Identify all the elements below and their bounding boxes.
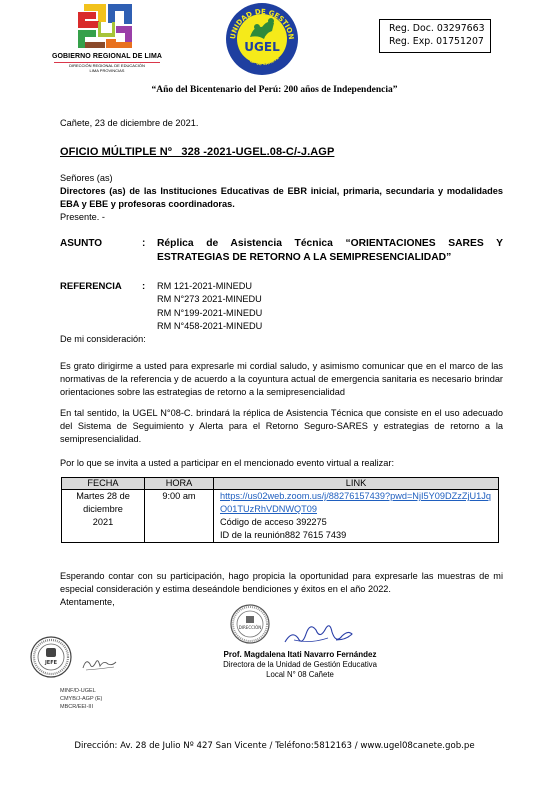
signer-office: Local N° 08 Cañete [180,670,420,680]
cell-link: https://us02web.zoom.us/j/88276157439?pw… [214,490,499,543]
date-line: Cañete, 23 de diciembre de 2021. [60,117,198,130]
referencia-item: RM 121-2021-MINEDU [157,280,262,293]
paragraph-details: En tal sentido, la UGEL N°08-C. brindará… [60,407,503,446]
direccion-stamp-icon: DIRECCIÓN [230,604,270,644]
registry-box: Reg. Doc. 03297663 Reg. Exp. 01751207 [379,19,491,53]
ugel-seal-icon: UNIDAD DE GESTION EDUCATIVA LOCAL Nº 08 … [224,1,300,75]
presente: Presente. - [60,211,105,224]
referencia-list: RM 121-2021-MINEDU RM N°273 2021-MINEDU … [157,280,262,333]
footer-address: Dirección: Av. 28 de Julio Nº 427 San Vi… [0,741,549,751]
event-table-header: FECHA HORA LINK [62,478,499,490]
header-link: LINK [214,478,499,490]
fecha-line: 2021 [66,516,140,529]
oficio-title: OFICIO MÚLTIPLE Nº 328 -2021-UGEL.08-C/-… [60,146,334,158]
fecha-line: Martes 28 de [66,490,140,503]
reg-doc: Reg. Doc. 03297663 [389,23,490,36]
svg-text:JEFE: JEFE [44,660,58,666]
access-code: Código de acceso 392275 [220,516,494,529]
signer-block: Prof. Magdalena Itati Navarro Fernández … [180,650,420,680]
fecha-line: diciembre [66,503,140,516]
signer-name: Prof. Magdalena Itati Navarro Fernández [180,650,420,660]
gore-mosaic-icon [76,2,136,52]
zoom-meeting-link[interactable]: https://us02web.zoom.us/j/88276157439?pw… [220,491,491,514]
closing-paragraph: Esperando contar con su participación, h… [60,570,503,596]
initials-block: MINF/D-UGEL CMYB/J-AGP (E) MBCR/EEI-III [60,687,102,711]
paragraph-intro: Es grato dirigirme a usted para expresar… [60,360,503,399]
asunto-colon: : [142,238,145,249]
paragraph-invitation: Por lo que se invita a usted a participa… [60,457,394,470]
gore-logo-subtitle: DIRECCIÓN REGIONAL DE EDUCACIÓN LIMA PRO… [48,64,166,73]
gore-logo-title: GOBIERNO REGIONAL DE LIMA [48,53,166,60]
header-fecha: FECHA [62,478,145,490]
salutation: De mi consideración: [60,333,146,346]
reg-exp: Reg. Exp. 01751207 [389,36,490,49]
referencia-item: RM N°273 2021-MINEDU [157,293,262,306]
initials-line: MBCR/EEI-III [60,703,102,711]
signature-scribble-icon [280,620,360,650]
asunto-label: ASUNTO [60,238,102,249]
cell-fecha: Martes 28 de diciembre 2021 [62,490,145,543]
referencia-label: REFERENCIA [60,281,122,292]
asunto-text: Réplica de Asistencia Técnica “ORIENTACI… [157,237,503,265]
initials-line: CMYB/J-AGP (E) [60,695,102,703]
gobierno-regional-lima-logo: GOBIERNO REGIONAL DE LIMA DIRECCIÓN REGI… [48,2,166,72]
svg-text:UGEL: UGEL [244,40,280,54]
referencia-item: RM N°458-2021-MINEDU [157,320,262,333]
oficio-title-text: OFICIO MÚLTIPLE Nº 328 -2021-UGEL.08-C/-… [60,146,334,158]
svg-text:DIRECCIÓN: DIRECCIÓN [239,625,261,630]
gore-subtitle-line2: LIMA PROVINCIAS [48,69,166,74]
referencia-item: RM N°199-2021-MINEDU [157,307,262,320]
ugel-logo: UNIDAD DE GESTION EDUCATIVA LOCAL Nº 08 … [224,1,300,75]
jefe-stamp-icon: JEFE [30,636,72,678]
meeting-id: ID de la reunión882 7615 7439 [220,529,494,542]
referencia-colon: : [142,281,145,292]
addressee-label: Señores (as) [60,172,113,185]
jefe-signature-icon [80,656,118,672]
initials-line: MINF/D-UGEL [60,687,102,695]
table-row: Martes 28 de diciembre 2021 9:00 am http… [62,490,499,543]
cell-hora: 9:00 am [145,490,214,543]
event-table: FECHA HORA LINK Martes 28 de diciembre 2… [61,477,499,543]
signer-title: Directora de la Unidad de Gestión Educat… [180,660,420,670]
addressee: Directores (as) de las Instituciones Edu… [60,185,503,211]
header-hora: HORA [145,478,214,490]
atentamente: Atentamente, [60,596,115,609]
year-motto: “Año del Bicentenario del Perú: 200 años… [0,85,549,95]
